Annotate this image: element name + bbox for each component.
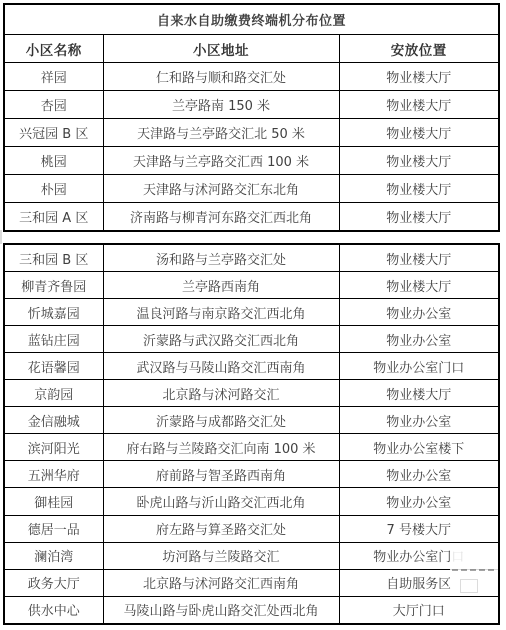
cell-community-address: 武汉路与马陵山路交汇西南角 <box>103 353 339 380</box>
cell-placement-location: 7 号楼大厅 <box>339 515 499 542</box>
table-row: 蓝钻庄园沂蒙路与武汉路交汇西北角物业办公室 <box>4 326 499 353</box>
cell-community-address: 沂蒙路与武汉路交汇西北角 <box>103 326 339 353</box>
cell-community-name: 柳青齐鲁园 <box>4 272 103 299</box>
cell-community-address: 马陵山路与卧虎山路交汇处西北角 <box>103 596 339 624</box>
cell-community-address: 兰亭路西南角 <box>103 272 339 299</box>
cell-placement-location: 物业办公室 <box>339 488 499 515</box>
cell-community-address: 仁和路与顺和路交汇处 <box>103 63 339 91</box>
table-row: 御桂园卧虎山路与沂山路交汇西北角物业办公室 <box>4 488 499 515</box>
cell-placement-location: 物业办公室 <box>339 326 499 353</box>
cell-community-name: 供水中心 <box>4 596 103 624</box>
table-section-2: 三和园 B 区汤和路与兰亭路交汇处物业楼大厅柳青齐鲁园兰亭路西南角物业楼大厅忻城… <box>3 243 500 625</box>
cell-community-name: 三和园 A 区 <box>4 202 103 231</box>
table-row: 桃园天津路与兰亭路交汇西 100 米物业楼大厅 <box>4 146 499 174</box>
header-row: 小区名称 小区地址 安放位置 <box>4 35 499 63</box>
column-header-community-name: 小区名称 <box>4 35 103 63</box>
table-row: 祥园仁和路与顺和路交汇处物业楼大厅 <box>4 63 499 91</box>
cell-community-address: 北京路与沭河路交汇西南角 <box>103 569 339 596</box>
cell-community-address: 天津路与兰亭路交汇北 50 米 <box>103 118 339 146</box>
cell-community-address: 汤和路与兰亭路交汇处 <box>103 244 339 272</box>
table-row: 柳青齐鲁园兰亭路西南角物业楼大厅 <box>4 272 499 299</box>
cell-community-name: 杏园 <box>4 90 103 118</box>
table-row: 供水中心马陵山路与卧虎山路交汇处西北角大厅门口 <box>4 596 499 624</box>
column-header-placement-location: 安放位置 <box>339 35 499 63</box>
cell-placement-location: 物业楼大厅 <box>339 202 499 231</box>
table-row: 朴园天津路与沭河路交汇东北角物业楼大厅 <box>4 174 499 202</box>
cell-placement-location: 物业楼大厅 <box>339 174 499 202</box>
table-row: 澜泊湾坊河路与兰陵路交汇物业办公室门口 <box>4 542 499 569</box>
cell-community-name: 五洲华府 <box>4 461 103 488</box>
cell-placement-location: 物业办公室 <box>339 407 499 434</box>
cell-community-name: 政务大厅 <box>4 569 103 596</box>
cell-community-name: 御桂园 <box>4 488 103 515</box>
table-row: 德居一品府左路与算圣路交汇处7 号楼大厅 <box>4 515 499 542</box>
table-title: 自来水自助缴费终端机分布位置 <box>4 4 499 35</box>
cell-community-address: 府左路与算圣路交汇处 <box>103 515 339 542</box>
cell-placement-location: 物业楼大厅 <box>339 380 499 407</box>
table-section-1: 自来水自助缴费终端机分布位置 小区名称 小区地址 安放位置 祥园仁和路与顺和路交… <box>3 3 500 232</box>
cell-placement-location: 物业办公室 <box>339 461 499 488</box>
table-row: 京韵园北京路与沭河路交汇物业楼大厅 <box>4 380 499 407</box>
table-row: 五洲华府府前路与智圣路西南角物业办公室 <box>4 461 499 488</box>
cell-placement-location: 大厅门口 <box>339 596 499 624</box>
cell-placement-location: 物业办公室楼下 <box>339 434 499 461</box>
title-row: 自来水自助缴费终端机分布位置 <box>4 4 499 35</box>
cell-community-name: 忻城嘉园 <box>4 299 103 326</box>
cell-placement-location: 物业楼大厅 <box>339 244 499 272</box>
cell-community-name: 金信融城 <box>4 407 103 434</box>
cell-community-name: 桃园 <box>4 146 103 174</box>
cell-placement-location: 物业办公室门口 <box>339 542 499 569</box>
cell-community-name: 滨河阳光 <box>4 434 103 461</box>
table-row: 政务大厅北京路与沭河路交汇西南角自助服务区 <box>4 569 499 596</box>
cell-community-name: 蓝钻庄园 <box>4 326 103 353</box>
cell-placement-location: 物业办公室 <box>339 299 499 326</box>
cell-community-address: 府右路与兰陵路交汇向南 100 米 <box>103 434 339 461</box>
cell-community-name: 德居一品 <box>4 515 103 542</box>
cell-community-name: 兴冠园 B 区 <box>4 118 103 146</box>
cell-placement-location: 物业办公室门口 <box>339 353 499 380</box>
table-row: 杏园兰亭路南 150 米物业楼大厅 <box>4 90 499 118</box>
cell-community-address: 北京路与沭河路交汇 <box>103 380 339 407</box>
cell-community-address: 济南路与柳青河东路交汇西北角 <box>103 202 339 231</box>
column-header-community-address: 小区地址 <box>103 35 339 63</box>
table-row: 忻城嘉园温良河路与南京路交汇西北角物业办公室 <box>4 299 499 326</box>
cell-placement-location: 物业楼大厅 <box>339 90 499 118</box>
cell-placement-location: 物业楼大厅 <box>339 118 499 146</box>
cell-community-name: 祥园 <box>4 63 103 91</box>
page: { "title": "自来水自助缴费终端机分布位置", "columns": … <box>0 0 506 630</box>
table-row: 花语馨园武汉路与马陵山路交汇西南角物业办公室门口 <box>4 353 499 380</box>
table-body-section-1: 祥园仁和路与顺和路交汇处物业楼大厅杏园兰亭路南 150 米物业楼大厅兴冠园 B … <box>4 63 499 232</box>
cell-community-name: 澜泊湾 <box>4 542 103 569</box>
cell-community-name: 花语馨园 <box>4 353 103 380</box>
table-row: 兴冠园 B 区天津路与兰亭路交汇北 50 米物业楼大厅 <box>4 118 499 146</box>
table-head: 自来水自助缴费终端机分布位置 小区名称 小区地址 安放位置 <box>4 4 499 63</box>
cell-community-address: 沂蒙路与成都路交汇处 <box>103 407 339 434</box>
cell-placement-location: 物业楼大厅 <box>339 146 499 174</box>
cell-community-address: 坊河路与兰陵路交汇 <box>103 542 339 569</box>
cell-community-name: 朴园 <box>4 174 103 202</box>
table-row: 三和园 B 区汤和路与兰亭路交汇处物业楼大厅 <box>4 244 499 272</box>
cell-placement-location: 自助服务区 <box>339 569 499 596</box>
cell-placement-location: 物业楼大厅 <box>339 272 499 299</box>
cell-community-name: 三和园 B 区 <box>4 244 103 272</box>
scan-artifact-tick <box>0 230 2 244</box>
cell-placement-location: 物业楼大厅 <box>339 63 499 91</box>
cell-community-address: 天津路与沭河路交汇东北角 <box>103 174 339 202</box>
cell-community-address: 温良河路与南京路交汇西北角 <box>103 299 339 326</box>
table-row: 三和园 A 区济南路与柳青河东路交汇西北角物业楼大厅 <box>4 202 499 231</box>
cell-community-name: 京韵园 <box>4 380 103 407</box>
table-row: 金信融城沂蒙路与成都路交汇处物业办公室 <box>4 407 499 434</box>
cell-community-address: 卧虎山路与沂山路交汇西北角 <box>103 488 339 515</box>
cell-community-address: 府前路与智圣路西南角 <box>103 461 339 488</box>
table-body-section-2: 三和园 B 区汤和路与兰亭路交汇处物业楼大厅柳青齐鲁园兰亭路西南角物业楼大厅忻城… <box>4 244 499 624</box>
cell-community-address: 兰亭路南 150 米 <box>103 90 339 118</box>
table-row: 滨河阳光府右路与兰陵路交汇向南 100 米物业办公室楼下 <box>4 434 499 461</box>
cell-community-address: 天津路与兰亭路交汇西 100 米 <box>103 146 339 174</box>
